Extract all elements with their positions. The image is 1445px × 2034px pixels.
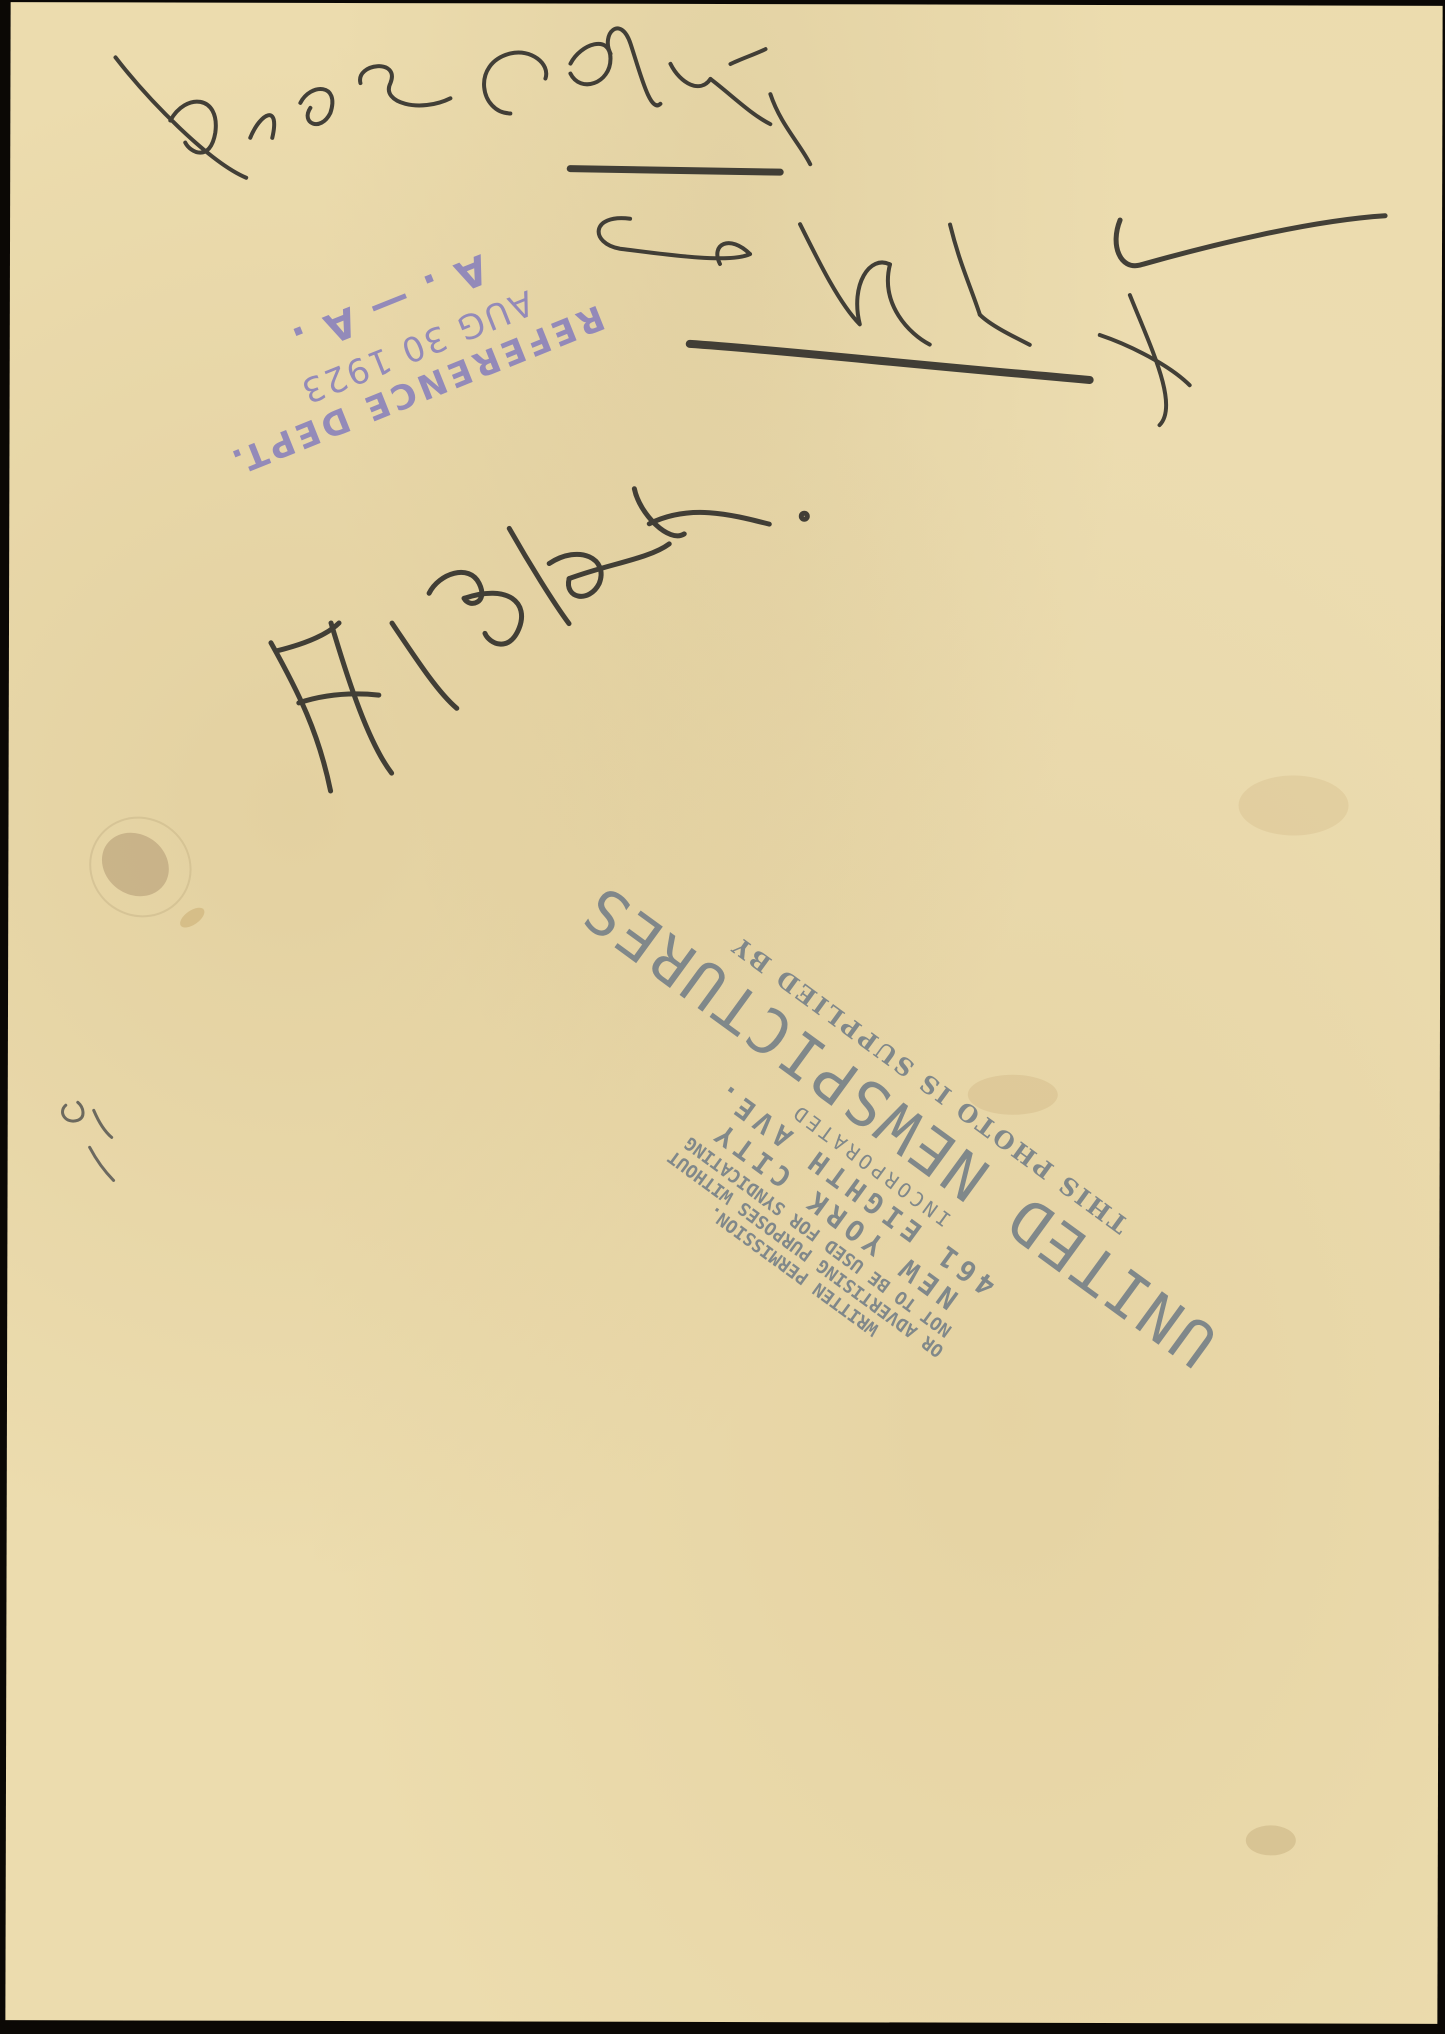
photo-back-card: REFERENCE DEPT. AUG 30 1923 A.—A. WRITTE…	[5, 2, 1442, 2024]
handwriting-underline	[570, 169, 780, 173]
handwriting-calvin	[484, 28, 811, 164]
handwriting-check-mark	[1116, 215, 1385, 266]
handwriting-layer	[5, 2, 1442, 2024]
handwriting-coolidge	[598, 218, 1190, 425]
handwriting-margin-note	[62, 1102, 113, 1180]
handwriting-catalog-number	[271, 488, 808, 792]
handwriting-pres	[115, 57, 450, 178]
handwriting-coolidge-underline	[690, 344, 1090, 380]
